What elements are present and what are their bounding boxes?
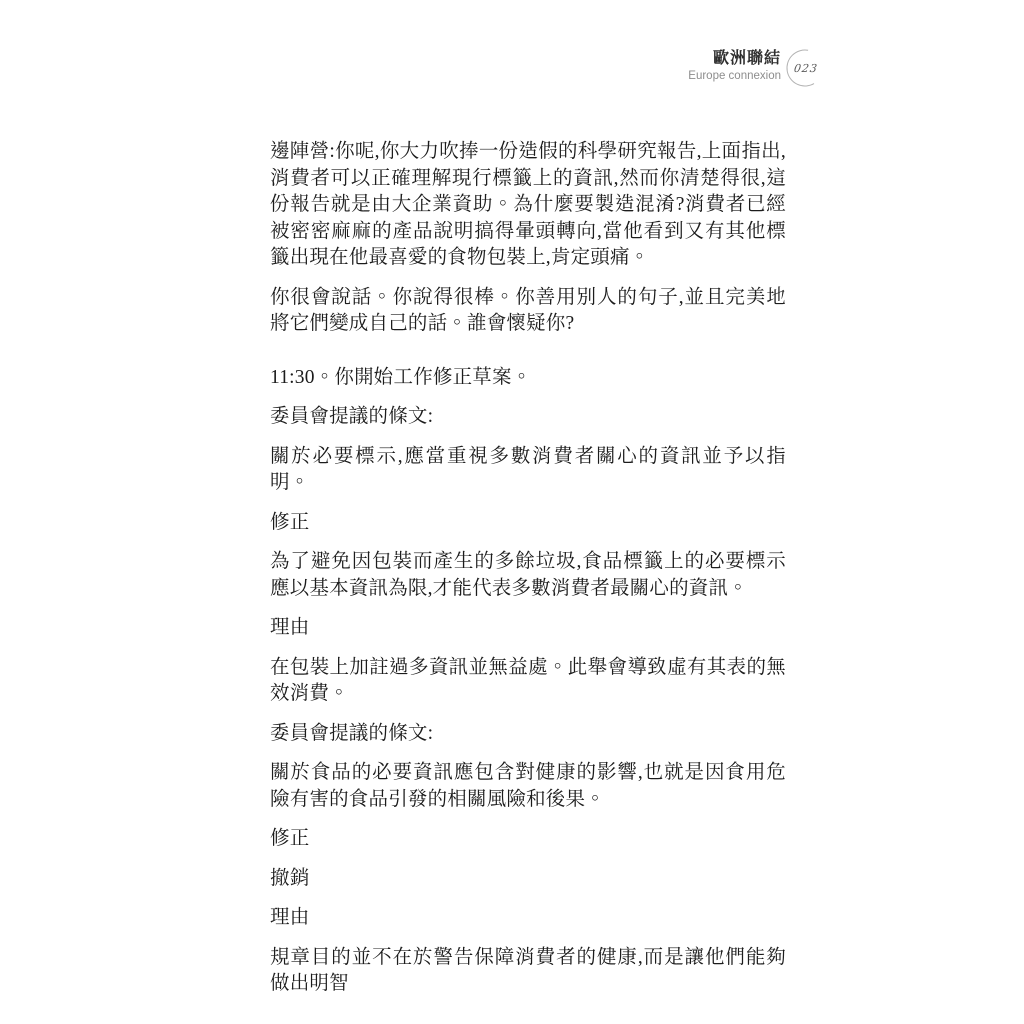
body-text: 邊陣營:你呢,你大力吹捧一份造假的科學研究報告,上面指出,消費者可以正確理解現行…: [270, 139, 786, 1011]
paragraph: 修正: [270, 510, 786, 537]
page-number-badge: 023: [786, 49, 824, 87]
paragraph: 11:30。你開始工作修正草案。: [270, 365, 786, 392]
book-title-en: Europe connexion: [688, 69, 781, 83]
paragraph: 邊陣營:你呢,你大力吹捧一份造假的科學研究報告,上面指出,消費者可以正確理解現行…: [270, 139, 786, 272]
page-number: 023: [783, 49, 826, 87]
paragraph: 理由: [270, 905, 786, 932]
book-page: 歐洲聯結 Europe connexion 023 邊陣營:你呢,你大力吹捧一份…: [0, 0, 1024, 1024]
paragraph: 委員會提議的條文:: [270, 721, 786, 748]
paragraph: 理由: [270, 615, 786, 642]
paragraph: 規章目的並不在於警告保障消費者的健康,而是讓他們能夠做出明智: [270, 945, 786, 998]
paragraph: 修正: [270, 826, 786, 853]
page-header: 歐洲聯結 Europe connexion 023: [688, 45, 824, 87]
paragraph: 關於食品的必要資訊應包含對健康的影響,也就是因食用危險有害的食品引發的相關風險和…: [270, 760, 786, 813]
paragraph: 為了避免因包裝而產生的多餘垃圾,食品標籤上的必要標示應以基本資訊為限,才能代表多…: [270, 549, 786, 602]
paragraph: 你很會說話。你說得很棒。你善用別人的句子,並且完美地將它們變成自己的話。誰會懷疑…: [270, 285, 786, 338]
paragraph: 關於必要標示,應當重視多數消費者關心的資訊並予以指明。: [270, 444, 786, 497]
header-titles: 歐洲聯結 Europe connexion: [688, 50, 781, 83]
paragraph: 委員會提議的條文:: [270, 404, 786, 431]
paragraph: 在包裝上加註過多資訊並無益處。此舉會導致虛有其表的無效消費。: [270, 655, 786, 708]
book-title-zh: 歐洲聯結: [688, 50, 781, 68]
paragraph: 撤銷: [270, 866, 786, 893]
